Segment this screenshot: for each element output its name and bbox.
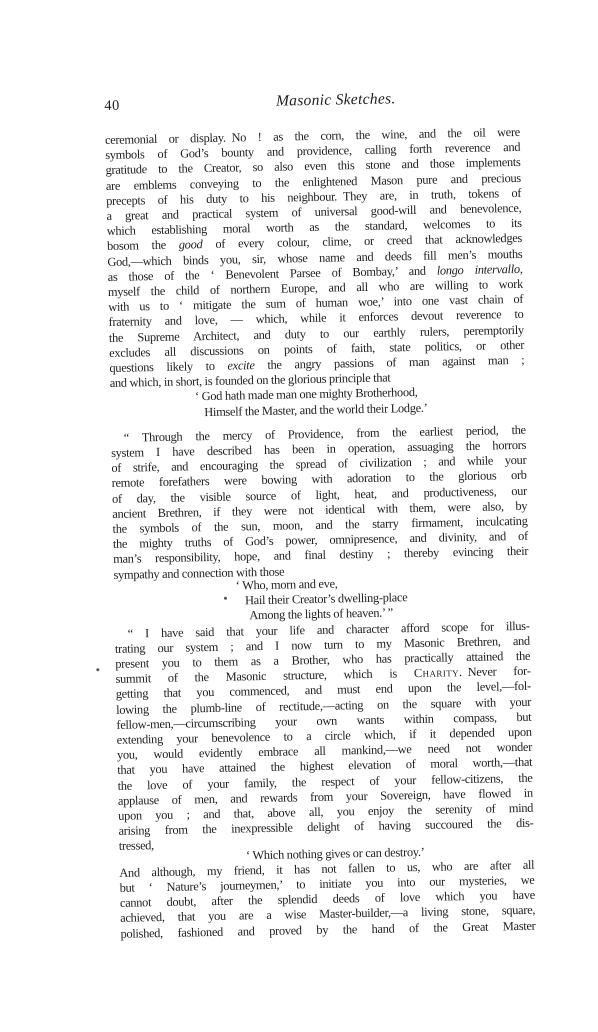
page-header: 40 Masonic Sketches. (104, 88, 519, 114)
page-number: 40 (104, 98, 120, 115)
paragraph: And although, my friend, it has not fall… (119, 857, 535, 941)
scan-speck (224, 597, 227, 600)
scan-speck (96, 668, 99, 671)
paragraph: “ I have said that your life and charact… (115, 618, 534, 854)
paragraph: “ Through the mercy of Providence, from … (111, 423, 529, 583)
running-title: Masonic Sketches. (128, 87, 543, 113)
text-column: ceremonial or display. No ! as the corn,… (105, 125, 536, 942)
paragraph: ceremonial or display. No ! as the corn,… (105, 125, 525, 392)
page-content: 40 Masonic Sketches. ceremonial or displ… (0, 0, 598, 1032)
scanned-book-page: 40 Masonic Sketches. ceremonial or displ… (0, 0, 598, 1032)
